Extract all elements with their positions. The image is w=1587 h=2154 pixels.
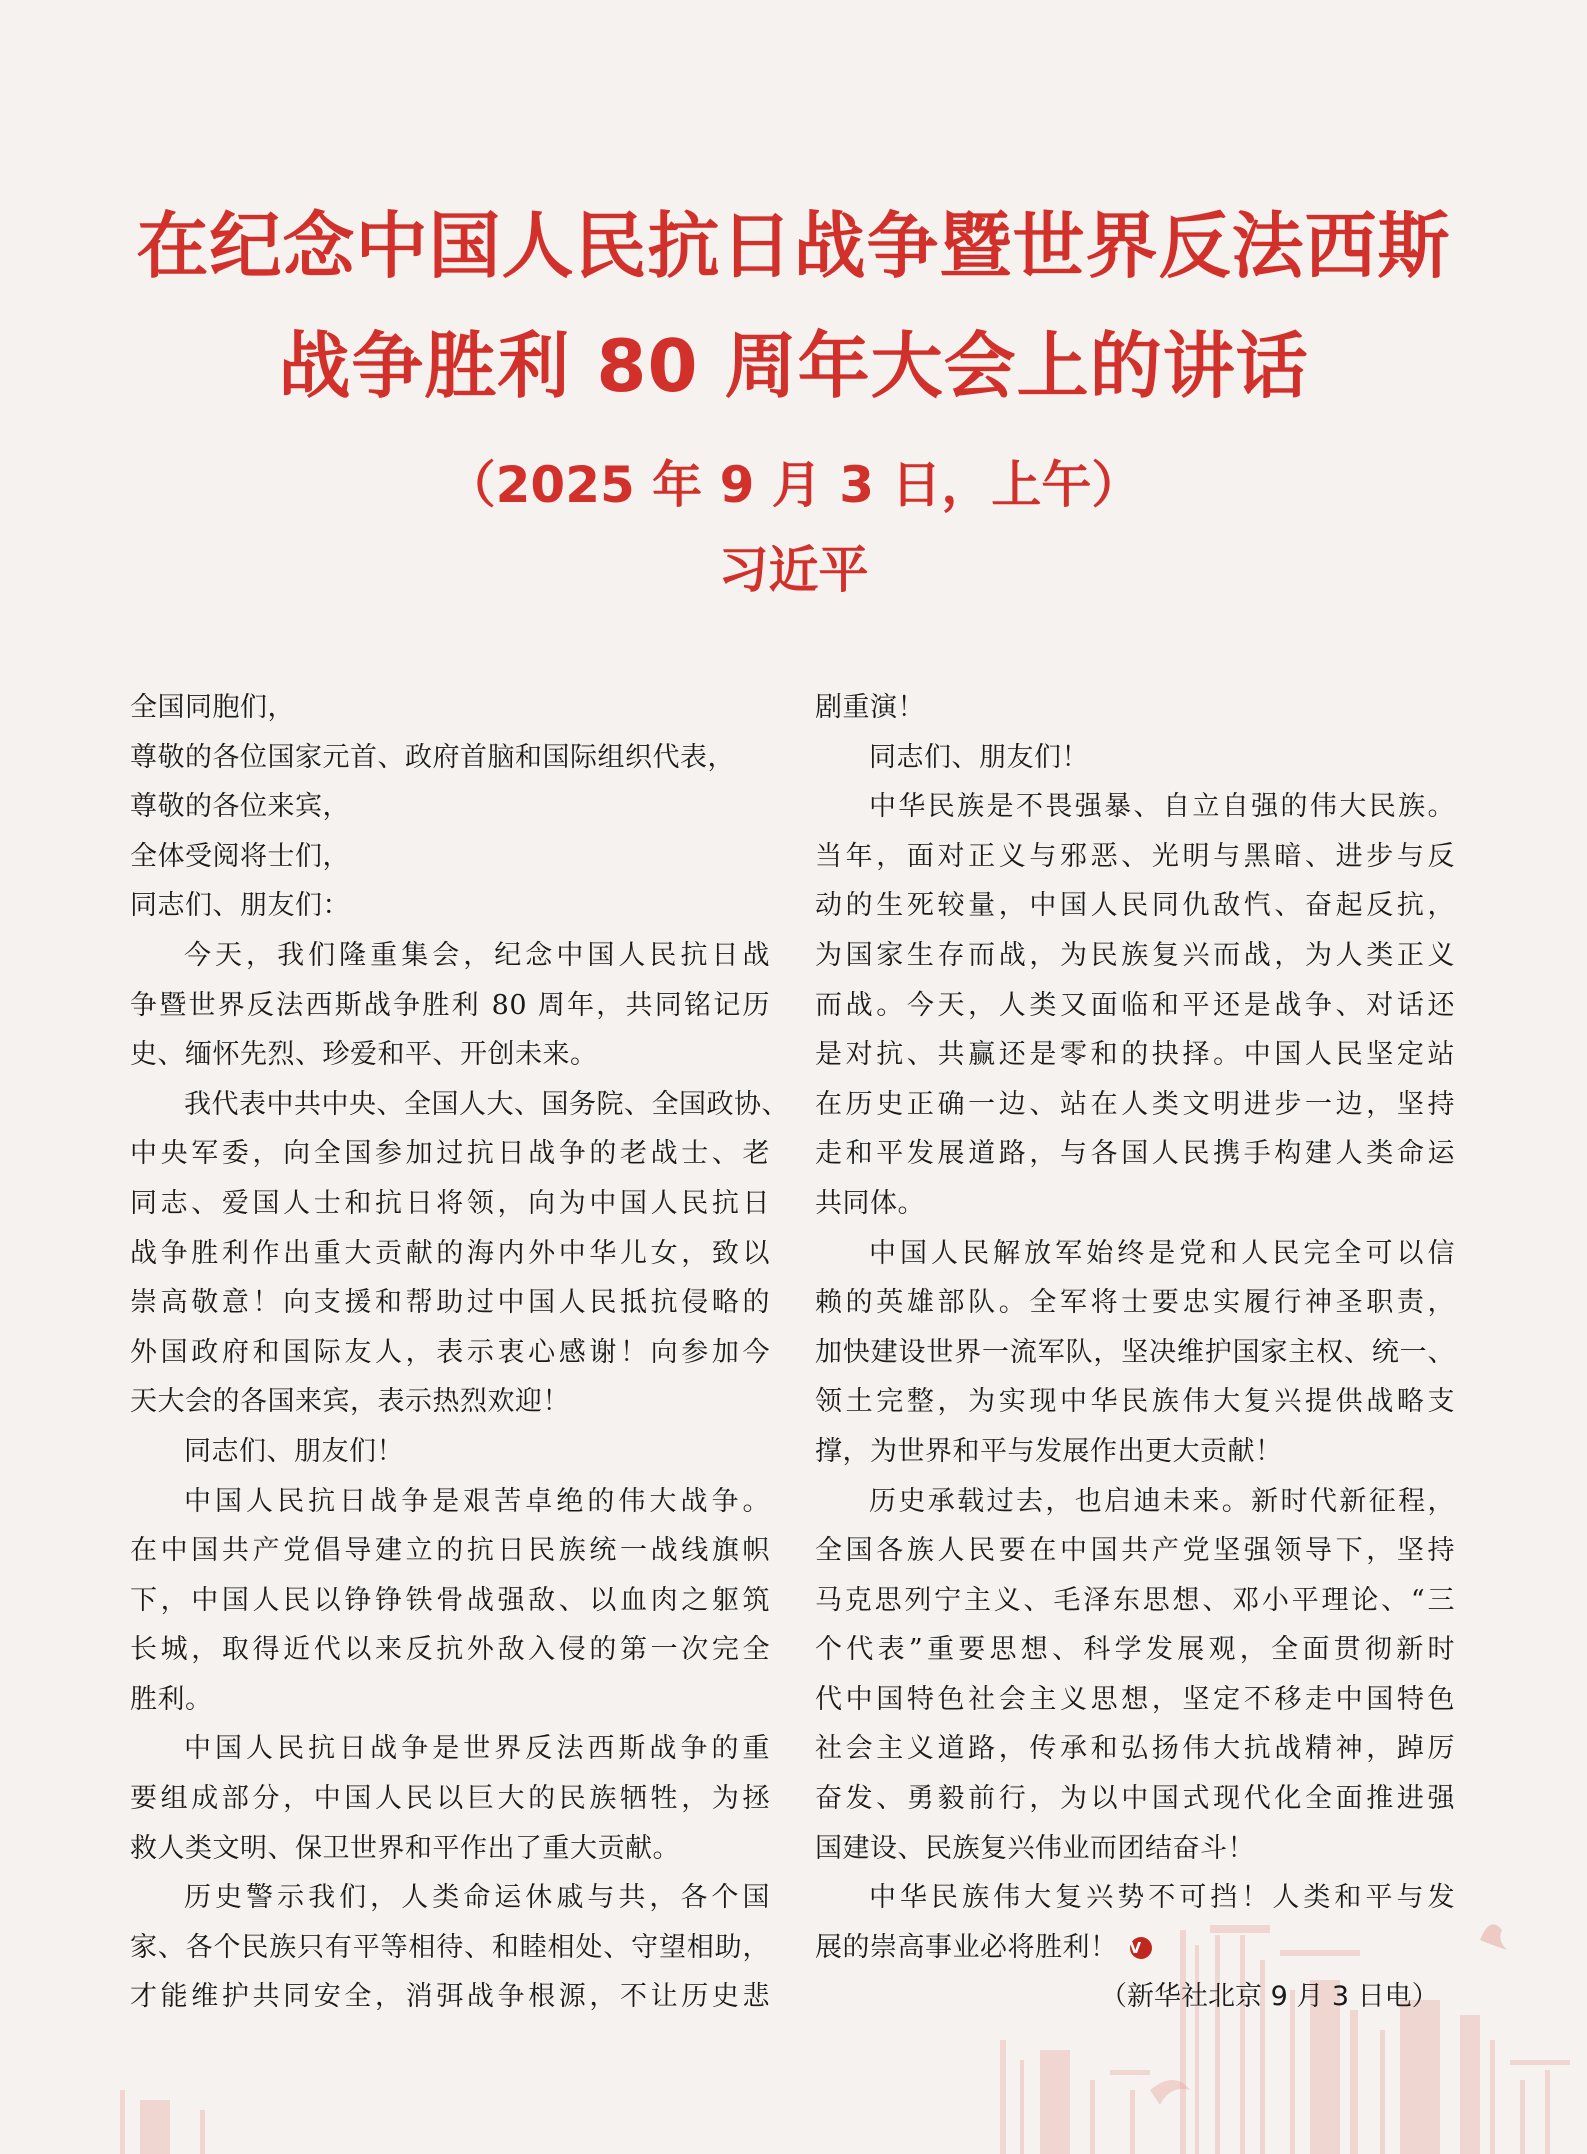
text-line: 要组成部分，中国人民以巨大的民族牺牲，为拯 <box>130 1774 770 1824</box>
text-line: 中国人民抗日战争是艰苦卓绝的伟大战争。 <box>130 1477 770 1527</box>
text-line: 国建设、民族复兴伟业而团结奋斗！ <box>815 1824 1455 1874</box>
text-line: 同志们、朋友们！ <box>815 733 1455 783</box>
right-text-column: 剧重演！同志们、朋友们！中华民族是不畏强暴、自立自强的伟大民族。当年，面对正义与… <box>815 683 1455 1972</box>
text-line: 领土完整，为实现中华民族伟大复兴提供战略支 <box>815 1377 1455 1427</box>
text-line: 才能维护共同安全，消弭战争根源，不让历史悲 <box>130 1972 770 2022</box>
text-line: 展的崇高事业必将胜利！V <box>815 1923 1455 1973</box>
text-line: 而战。今天，人类又面临和平还是战争、对话还 <box>815 981 1455 1031</box>
text-line: 全体受阅将士们， <box>130 832 770 882</box>
text-line: 赖的英雄部队。全军将士要忠实履行神圣职责， <box>815 1278 1455 1328</box>
text-line: 全国同胞们， <box>130 683 770 733</box>
text-line: 家、各个民族只有平等相待、和睦相处、守望相助， <box>130 1923 770 1973</box>
text-line: 历史警示我们，人类命运休戚与共，各个国 <box>130 1873 770 1923</box>
text-line: 在中国共产党倡导建立的抗日民族统一战线旗帜 <box>130 1526 770 1576</box>
text-line: 加快建设世界一流军队，坚决维护国家主权、统一、 <box>815 1328 1455 1378</box>
article-title-line-2: 战争胜利 80 周年大会上的讲话 <box>0 308 1587 412</box>
text-line: 马克思列宁主义、毛泽东思想、邓小平理论、“三 <box>815 1576 1455 1626</box>
text-line: 中华民族是不畏强暴、自立自强的伟大民族。 <box>815 782 1455 832</box>
news-dateline: （新华社北京 9 月 3 日电） <box>1100 1974 1439 2013</box>
text-line: 中国人民解放军始终是党和人民完全可以信 <box>815 1229 1455 1279</box>
text-line: 今天，我们隆重集会，纪念中国人民抗日战 <box>130 931 770 981</box>
text-line: 我代表中共中央、全国人大、国务院、全国政协、 <box>130 1080 770 1130</box>
text-line: 是对抗、共赢还是零和的抉择。中国人民坚定站 <box>815 1030 1455 1080</box>
text-line: 为国家生存而战，为民族复兴而战，为人类正义 <box>815 931 1455 981</box>
text-line: 外国政府和国际友人，表示衷心感谢！向参加今 <box>130 1328 770 1378</box>
text-line: 中央军委，向全国参加过抗日战争的老战士、老 <box>130 1129 770 1179</box>
text-line: 天大会的各国来宾，表示热烈欢迎！ <box>130 1377 770 1427</box>
text-line: 共同体。 <box>815 1179 1455 1229</box>
article-title-line-1: 在纪念中国人民抗日战争暨世界反法西斯 <box>0 188 1587 292</box>
text-line: 救人类文明、保卫世界和平作出了重大贡献。 <box>130 1824 770 1874</box>
text-line: 剧重演！ <box>815 683 1455 733</box>
text-line: 战争胜利作出重大贡献的海内外中华儿女，致以 <box>130 1229 770 1279</box>
text-line: 历史承载过去，也启迪未来。新时代新征程， <box>815 1477 1455 1527</box>
text-line: 在历史正确一边、站在人类文明进步一边，坚持 <box>815 1080 1455 1130</box>
text-line: 争暨世界反法西斯战争胜利 80 周年，共同铭记历 <box>130 981 770 1031</box>
text-line: 走和平发展道路，与各国人民携手构建人类命运 <box>815 1129 1455 1179</box>
article-date: （2025 年 9 月 3 日，上午） <box>0 445 1587 517</box>
text-line: 尊敬的各位国家元首、政府首脑和国际组织代表， <box>130 733 770 783</box>
text-line: 尊敬的各位来宾， <box>130 782 770 832</box>
text-line: 崇高敬意！向支援和帮助过中国人民抵抗侵略的 <box>130 1278 770 1328</box>
text-line: 动的生死较量，中国人民同仇敌忾、奋起反抗， <box>815 881 1455 931</box>
text-line: 胜利。 <box>130 1675 770 1725</box>
text-line: 下，中国人民以铮铮铁骨战强敌、以血肉之躯筑 <box>130 1576 770 1626</box>
text-line: 中国人民抗日战争是世界反法西斯战争的重 <box>130 1724 770 1774</box>
text-line: 中华民族伟大复兴势不可挡！人类和平与发 <box>815 1873 1455 1923</box>
text-line: 同志、爱国人士和抗日将领，向为中国人民抗日 <box>130 1179 770 1229</box>
text-line: 个代表”重要思想、科学发展观，全面贯彻新时 <box>815 1625 1455 1675</box>
text-line: 社会主义道路，传承和弘扬伟大抗战精神，踔厉 <box>815 1724 1455 1774</box>
text-line: 当年，面对正义与邪恶、光明与黑暗、进步与反 <box>815 832 1455 882</box>
left-text-column: 全国同胞们，尊敬的各位国家元首、政府首脑和国际组织代表，尊敬的各位来宾，全体受阅… <box>130 683 770 2022</box>
text-line: 史、缅怀先烈、珍爱和平、开创未来。 <box>130 1030 770 1080</box>
text-line: 同志们、朋友们！ <box>130 1427 770 1477</box>
text-line: 长城，取得近代以来反抗外敌入侵的第一次完全 <box>130 1625 770 1675</box>
end-mark-icon: V <box>1130 1937 1152 1959</box>
text-line: 撑，为世界和平与发展作出更大贡献！ <box>815 1427 1455 1477</box>
text-line: 全国各族人民要在中国共产党坚强领导下，坚持 <box>815 1526 1455 1576</box>
article-author: 习近平 <box>0 530 1587 602</box>
text-line: 奋发、勇毅前行，为以中国式现代化全面推进强 <box>815 1774 1455 1824</box>
text-line: 同志们、朋友们： <box>130 881 770 931</box>
text-line: 代中国特色社会主义思想，坚定不移走中国特色 <box>815 1675 1455 1725</box>
